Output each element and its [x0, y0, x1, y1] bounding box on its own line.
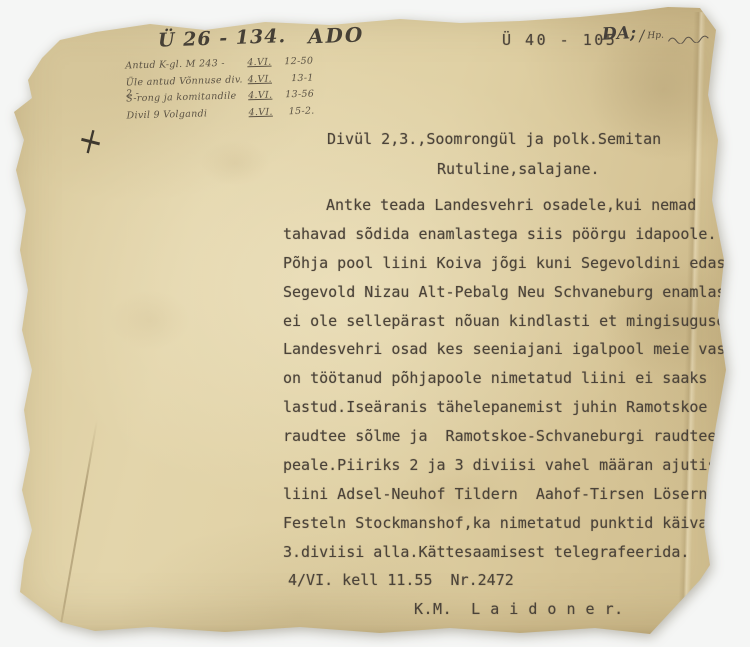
body-line: tahavad sõdida enamlastega siis pöörgu i…	[283, 225, 744, 254]
registry-row-text: Divil 9 Volgandi	[126, 107, 248, 121]
classification-line: Rutuline,salajane.	[437, 160, 600, 178]
handwriting-scribble	[667, 34, 709, 44]
body-line: on töötanud põhjapoole nimetatud liini e…	[283, 369, 744, 398]
body-line: Landesvehri osad kes seeniajani igalpool…	[283, 340, 744, 369]
paper-stain	[110, 290, 190, 350]
body-text: Antke teada Landesvehri osadele,kui nema…	[283, 196, 744, 572]
registry-row-time: 13-1	[278, 72, 314, 84]
registry-table: Antud K-gl. M 243 - 4.VI. 12-50 Üle antu…	[125, 56, 315, 127]
ink-note: Hp.	[647, 31, 664, 42]
registry-row-date: 4.VI.	[248, 106, 278, 118]
body-line: lastud.Iseäranis tähelepanemist juhin Ra…	[283, 398, 744, 427]
body-line: Segevold Nizau Alt-Pebalg Neu Schvanebur…	[283, 283, 744, 312]
body-line: Põhja pool liini Koiva jõgi kuni Segevol…	[283, 254, 744, 283]
body-line: Antke teada Landesvehri osadele,kui nema…	[283, 196, 744, 225]
body-line: peale.Piiriks 2 ja 3 diviisi vahel määra…	[283, 456, 744, 485]
registry-code: Ü 26 - 134.	[158, 25, 287, 53]
registry-row-time: 12-50	[277, 56, 313, 68]
registry-row-time: 13-56	[278, 89, 314, 101]
body-line: 3.diviisi alla.Kättesaamisest telegrafee…	[283, 543, 744, 572]
crease-line	[56, 420, 98, 635]
registry-row-text: S-rong ja komitandile	[126, 90, 248, 104]
body-line: liini Adsel-Neuhof Tildern Aahof-Tirsen …	[283, 485, 744, 514]
registry-initials: ADO	[308, 22, 365, 48]
registry-row-time: 15-2.	[278, 105, 314, 117]
registry-row: Divil 9 Volgandi 4.VI. 15-2.	[126, 105, 314, 126]
date-time-number-line: 4/VI. kell 11.55 Nr.2472	[288, 571, 514, 589]
slash-mark: /	[639, 27, 645, 45]
scanned-document: Ü 26 - 134. ADO Antud K-gl. M 243 - 4.VI…	[0, 0, 750, 635]
paper-stain	[200, 140, 270, 186]
ink-initials: DA;	[601, 23, 636, 45]
registry-row-date: 4.VI.	[247, 56, 277, 68]
address-line: Divül 2,3.,Soomrongül ja polk.Semitan	[327, 130, 661, 148]
signature-line: K.M. L a i d o n e r.	[414, 600, 624, 618]
cross-mark: +	[73, 117, 108, 166]
body-line: raudtee sõlme ja Ramotskoe-Schvaneburgi …	[283, 427, 744, 456]
paper-sheet: Ü 26 - 134. ADO Antud K-gl. M 243 - 4.VI…	[0, 0, 750, 635]
registry-row-date: 4.VI.	[248, 89, 278, 101]
ink-initials-block: DA; / Hp.	[601, 19, 709, 48]
body-line: ei ole sellepärast nõuan kindlasti et mi…	[283, 312, 744, 341]
document-number: Ü 40 - 105	[502, 31, 617, 49]
registry-header: Ü 26 - 134. ADO	[158, 22, 365, 53]
registry-row-text: Antud K-gl. M 243 -	[125, 57, 247, 71]
body-line: Festeln Stockmanshof,ka nimetatud punkti…	[283, 514, 744, 543]
registry-row-date: 4.VI.	[248, 73, 278, 85]
